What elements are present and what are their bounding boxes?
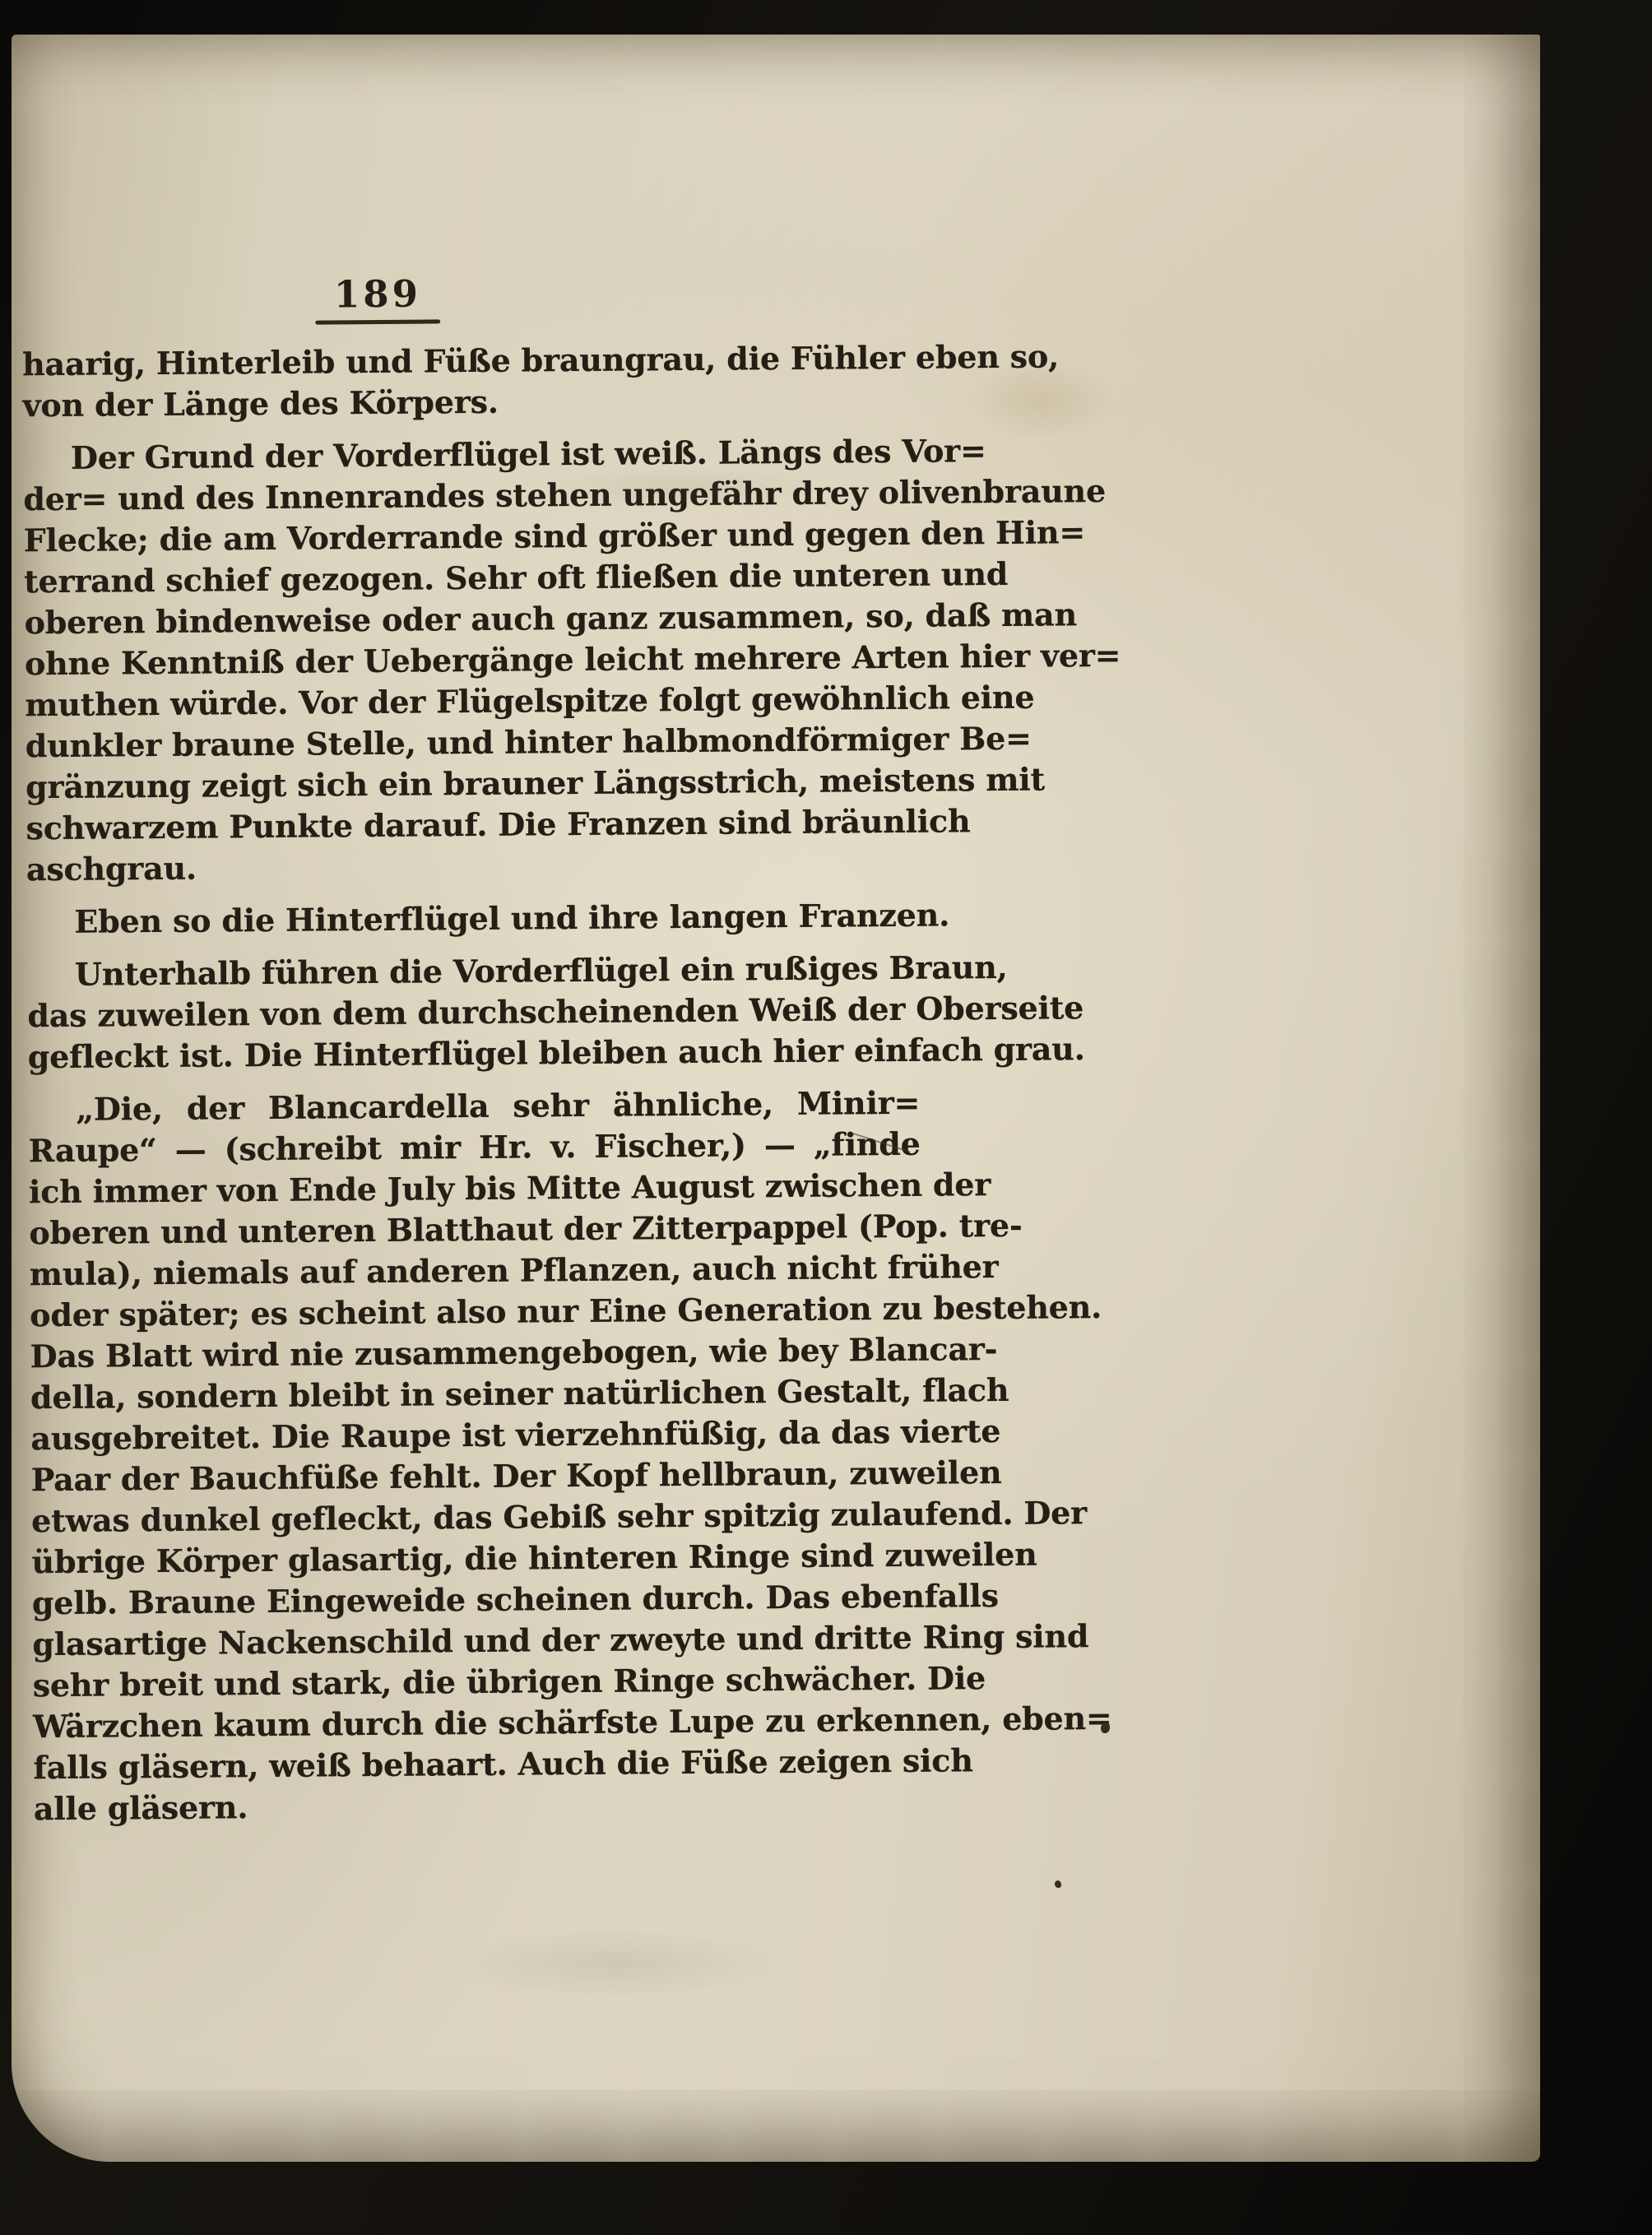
page-number: 189: [308, 274, 448, 314]
text-line: Unterhalb führen die Vorderflügel ein ru…: [27, 948, 919, 996]
text-line: Eben so die Hinterflügel und ihre langen…: [26, 895, 918, 944]
text-line: aschgrau.: [26, 842, 918, 891]
text-line: etwas dunkel gefleckt, das Gebiß sehr sp…: [31, 1494, 923, 1542]
text-line: terrand schief gezogen. Sehr oft fließen…: [24, 554, 916, 603]
text-line: ohne Kenntniß der Uebergänge leicht mehr…: [25, 637, 916, 685]
paragraph: Unterhalb führen die Vorderflügel ein ru…: [27, 948, 920, 1078]
text-line: gefleckt ist. Die Hinterflügel bleiben a…: [28, 1030, 920, 1078]
text-line: Flecke; die am Vorderrande sind größer u…: [24, 513, 916, 562]
text-line: Paar der Bauchfüße fehlt. Der Kopf hellb…: [31, 1453, 923, 1501]
text-line: della, sondern bleibt in seiner natürlic…: [30, 1370, 922, 1419]
scan-background: 189 haarig, Hinterleib und Füße braungra…: [0, 0, 1652, 2235]
text-line: muthen würde. Vor der Flügelspitze folgt…: [25, 678, 916, 726]
text-line: oberen bindenweise oder auch ganz zusamm…: [24, 596, 916, 644]
text-line: mula), niemals auf anderen Pflanzen, auc…: [30, 1247, 921, 1296]
text-line: gränzung zeigt sich ein brauner Längsstr…: [26, 760, 917, 809]
paragraph-quote: „Die, der Blancardella sehr ähnliche, Mi…: [28, 1083, 926, 1829]
text-line: von der Länge des Körpers.: [22, 378, 914, 427]
text-line: ich immer von Ende July bis Mitte August…: [29, 1165, 921, 1213]
text-line: übrige Körper glasartig, die hinteren Ri…: [31, 1535, 923, 1584]
paragraph: Eben so die Hinterflügel und ihre langen…: [26, 895, 918, 944]
page-text: haarig, Hinterleib und Füße braungrau, d…: [22, 337, 926, 1829]
text-line: alle gläsern.: [34, 1782, 926, 1830]
text-line: glasartige Nackenschild und der zweyte u…: [32, 1617, 924, 1666]
text-line: „Die, der Blancardella sehr ähnliche, Mi…: [28, 1083, 920, 1131]
text-line: gelb. Braune Eingeweide scheinen durch. …: [32, 1576, 924, 1625]
paragraph-continuation: haarig, Hinterleib und Füße braungrau, d…: [22, 337, 915, 427]
paper-show-through: [406, 1918, 834, 2009]
text-line: schwarzem Punkte darauf. Die Franzen sin…: [26, 801, 917, 850]
text-line: dunkler braune Stelle, und hinter halbmo…: [26, 719, 917, 767]
text-line: haarig, Hinterleib und Füße braungrau, d…: [22, 337, 914, 386]
text-line: Der Grund der Vorderflügel ist weiß. Län…: [23, 431, 915, 480]
paragraph: Der Grund der Vorderflügel ist weiß. Län…: [23, 431, 918, 890]
paper-speck: [1055, 1880, 1061, 1888]
page-header: 189: [308, 274, 448, 324]
text-line: der= und des Innenrandes stehen ungefähr…: [23, 472, 915, 521]
text-line: Wärzchen kaum durch die schärfste Lupe z…: [33, 1699, 925, 1748]
text-line: ausgebreitet. Die Raupe ist vierzehnfüßi…: [30, 1412, 922, 1460]
book-page: 189 haarig, Hinterleib und Füße braungra…: [12, 35, 1540, 2162]
text-line: das zuweilen von dem durchscheinenden We…: [27, 989, 919, 1037]
text-line: falls gläsern, weiß behaart. Auch die Fü…: [33, 1741, 925, 1789]
text-line: Raupe“ — (schreibt mir Hr. v. Fischer,) …: [28, 1124, 920, 1172]
text-line: oberen und unteren Blatthaut der Zitterp…: [29, 1206, 921, 1254]
text-line: oder später; es scheint also nur Eine Ge…: [30, 1288, 921, 1337]
text-line: sehr breit und stark, die übrigen Ringe …: [33, 1658, 925, 1707]
text-line: Das Blatt wird nie zusammengebogen, wie …: [30, 1329, 921, 1378]
page-number-rule: [315, 319, 440, 324]
